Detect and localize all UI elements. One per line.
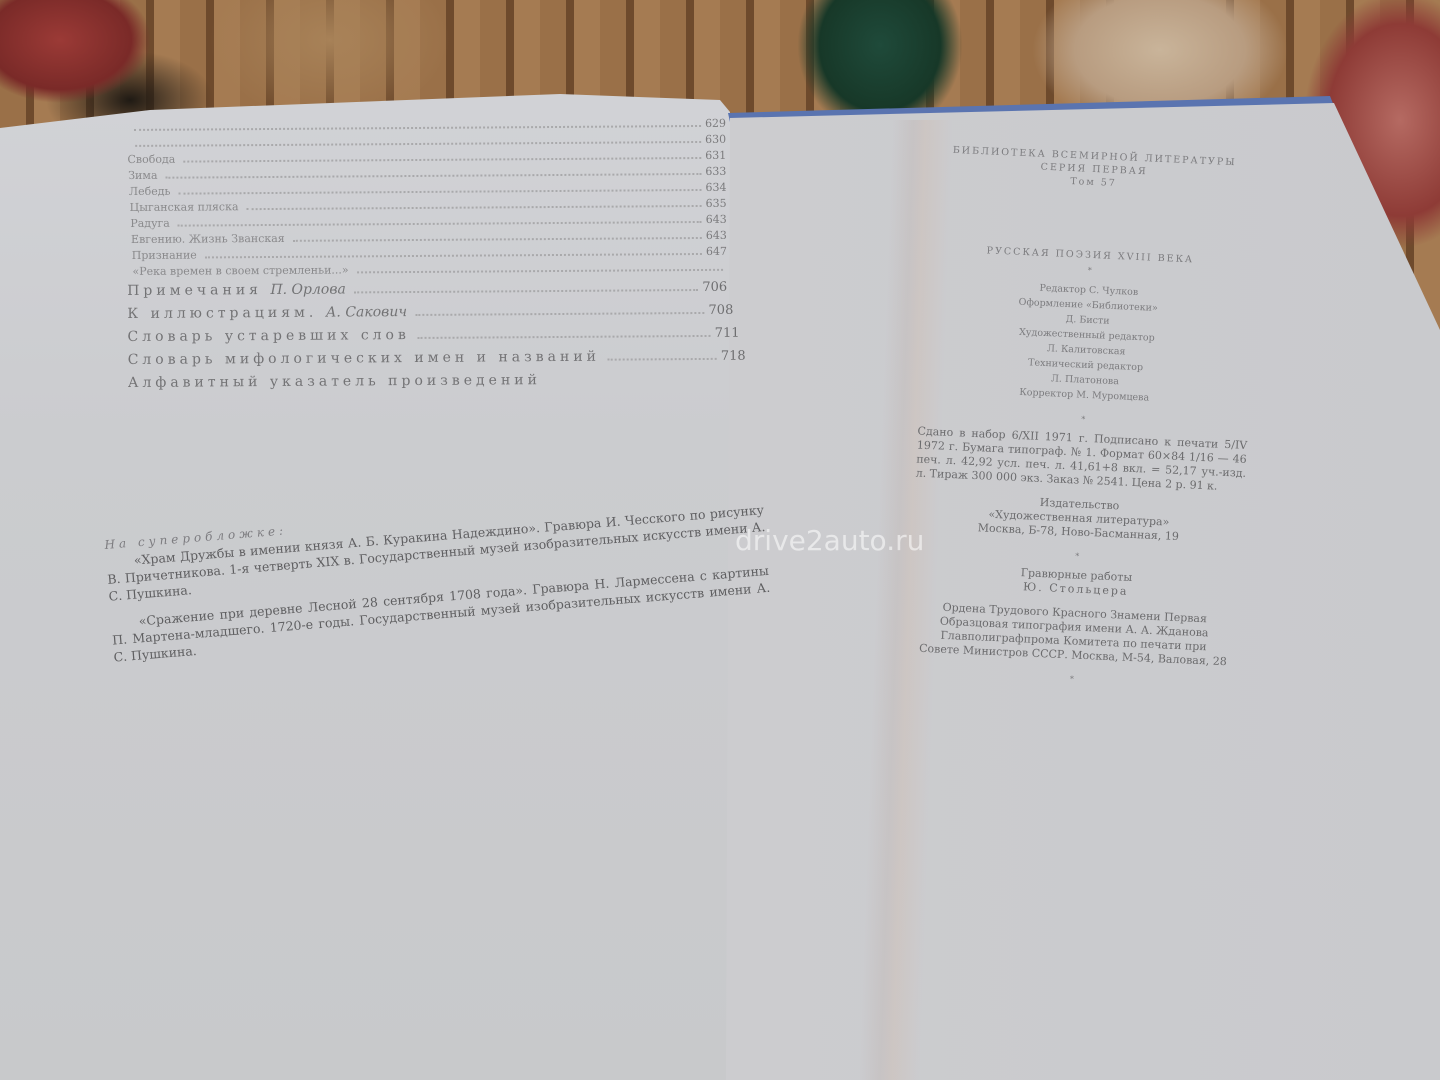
toc-section: Алфавитный указатель произведений [128, 368, 752, 395]
leader-dots [415, 312, 704, 316]
toc-section-page: 708 [708, 299, 733, 322]
toc-entry-page: 633 [705, 164, 726, 180]
publisher-info: Издательство «Художественная литература»… [893, 490, 1264, 548]
watermark-text: drive2auto.ru [735, 524, 924, 557]
toc-entry-title: Цыганская пляска [130, 199, 243, 216]
toc-entry-page: 643 [706, 212, 727, 228]
leader-dots [608, 358, 717, 361]
toc-entry-page: 635 [706, 196, 727, 212]
toc-entry-page: 629 [705, 116, 726, 132]
leader-dots [354, 289, 699, 293]
leader-dots [293, 237, 702, 242]
toc-section-page: 706 [702, 276, 727, 299]
leader-dots [134, 125, 701, 131]
toc-entry-title: Зима [128, 168, 161, 184]
print-info: Сдано в набор 6/XII 1971 г. Подписано к … [895, 424, 1267, 496]
leader-dots [418, 335, 711, 339]
toc-section-title: Словарь мифологических имен и названий [128, 346, 604, 372]
toc-entry-title: Лебедь [129, 184, 175, 200]
toc-entry-title: Евгению. Жизнь Званская [131, 231, 289, 248]
credits: Редактор С. ЧулковОформление «Библиотеки… [899, 275, 1274, 411]
toc-section-title: Словарь устаревших слов [127, 324, 413, 349]
toc-entry-title: Признание [132, 247, 201, 263]
leader-dots [357, 269, 723, 274]
toc-entry-page: 643 [706, 228, 727, 244]
leader-dots [166, 173, 702, 179]
toc-entry-page: 631 [705, 148, 726, 164]
printer-info: Ордена Трудового Красного Знамени Первая… [888, 598, 1260, 670]
toc-entry-page: 634 [705, 180, 726, 196]
toc-entry-title: «Река времен в своем стремленьи...» [132, 262, 352, 280]
leader-dots [183, 157, 701, 163]
toc-section-title: К иллюстрациям. А. Сакович [127, 301, 411, 326]
leader-dots [178, 221, 702, 227]
toc-section-page: 718 [721, 345, 746, 368]
leader-dots [247, 205, 702, 210]
toc-section-title: Алфавитный указатель произведений [128, 369, 545, 395]
leader-dots [135, 141, 701, 147]
toc-section-author: П. Орлова [270, 281, 346, 298]
leader-dots [178, 189, 701, 195]
toc-entry-title: Свобода [127, 152, 179, 168]
toc-entry-title: Радуга [130, 216, 174, 232]
table-of-contents: 629630Свобода631Зима633Лебедь634Цыганска… [126, 116, 728, 395]
toc-entry-page: 630 [705, 132, 726, 148]
toc-entry-page: 647 [706, 244, 727, 260]
toc-section-title: Примечания П. Орлова [127, 278, 350, 303]
imprint-block: БИБЛИОТЕКА ВСЕМИРНОЙ ЛИТЕРАТУРЫ СЕРИЯ ПЕ… [887, 142, 1280, 700]
leader-dots [205, 253, 702, 258]
toc-section-author: А. Сакович [326, 304, 407, 321]
toc-section-page: 711 [715, 322, 740, 345]
